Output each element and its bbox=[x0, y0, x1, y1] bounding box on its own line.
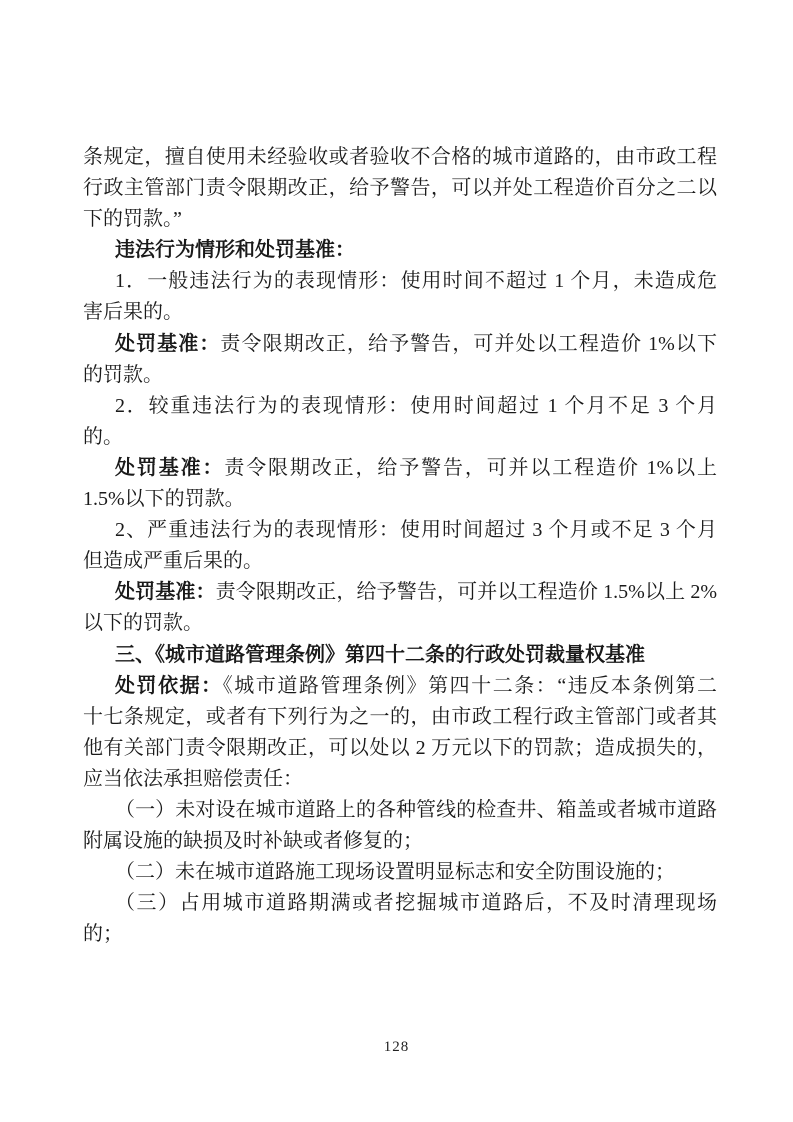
bold-run: 处罚依据： bbox=[115, 675, 223, 697]
text-run: 以下的罚款。 bbox=[83, 612, 203, 634]
text-run: 害后果的。 bbox=[83, 301, 183, 323]
text-line: 三、《城市道路管理条例》第四十二条的行政处罚裁量权基准 bbox=[83, 640, 717, 671]
text-line: 害后果的。 bbox=[83, 297, 717, 328]
text-run: 下的罚款。” bbox=[83, 208, 182, 230]
text-run: 的。 bbox=[83, 426, 123, 448]
text-line: 处罚基准：责令限期改正，给予警告，可并以工程造价 1.5%以上 2% bbox=[83, 577, 717, 608]
text-line: 2、严重违法行为的表现情形：使用时间超过 3 个月或不足 3 个月 bbox=[83, 515, 717, 546]
text-run: 1.5%以下的罚款。 bbox=[83, 488, 245, 510]
text-run: 的； bbox=[83, 923, 123, 945]
text-line: 处罚基准：责令限期改正，给予警告，可并以工程造价 1%以上 bbox=[83, 453, 717, 484]
text-line: 处罚依据：《城市道路管理条例》第四十二条：“违反本条例第二 bbox=[83, 671, 717, 702]
text-run: （二）未在城市道路施工现场设置明显标志和安全防围设施的； bbox=[115, 861, 675, 883]
text-run: 条规定，擅自使用未经验收或者验收不合格的城市道路的，由市政工程 bbox=[83, 146, 717, 168]
text-line: 处罚基准：责令限期改正，给予警告，可并处以工程造价 1%以下 bbox=[83, 329, 717, 360]
text-line: 违法行为情形和处罚基准： bbox=[83, 235, 717, 266]
text-line: 他有关部门责令限期改正，可以处以 2 万元以下的罚款；造成损失的， bbox=[83, 733, 717, 764]
text-line: 条规定，擅自使用未经验收或者验收不合格的城市道路的，由市政工程 bbox=[83, 142, 717, 173]
text-run: 他有关部门责令限期改正，可以处以 2 万元以下的罚款；造成损失的， bbox=[83, 737, 717, 759]
text-line: 2．较重违法行为的表现情形：使用时间超过 1 个月不足 3 个月 bbox=[83, 391, 717, 422]
text-run: 十七条规定，或者有下列行为之一的，由市政工程行政主管部门或者其 bbox=[83, 706, 717, 728]
bold-run: 三、《城市道路管理条例》第四十二条的行政处罚裁量权基准 bbox=[115, 644, 645, 666]
page-number: 128 bbox=[0, 1039, 793, 1056]
text-line: 1.5%以下的罚款。 bbox=[83, 484, 717, 515]
text-run: （一）未对设在城市道路上的各种管线的检查井、箱盖或者城市道路 bbox=[115, 799, 717, 821]
text-line: 应当依法承担赔偿责任： bbox=[83, 764, 717, 795]
text-run: 责令限期改正，给予警告，可并以工程造价 1.5%以上 2% bbox=[216, 581, 717, 603]
text-run: 行政主管部门责令限期改正，给予警告，可以并处工程造价百分之二以 bbox=[83, 177, 717, 199]
text-run: 2、严重违法行为的表现情形：使用时间超过 3 个月或不足 3 个月 bbox=[115, 519, 717, 541]
text-line: 但造成严重后果的。 bbox=[83, 546, 717, 577]
text-run: 应当依法承担赔偿责任： bbox=[83, 768, 303, 790]
text-run: 1．一般违法行为的表现情形：使用时间不超过 1 个月，未造成危 bbox=[115, 270, 717, 292]
text-line: （二）未在城市道路施工现场设置明显标志和安全防围设施的； bbox=[83, 857, 717, 888]
text-line: （一）未对设在城市道路上的各种管线的检查井、箱盖或者城市道路 bbox=[83, 795, 717, 826]
text-line: 以下的罚款。 bbox=[83, 608, 717, 639]
text-run: 的罚款。 bbox=[83, 364, 163, 386]
text-line: 十七条规定，或者有下列行为之一的，由市政工程行政主管部门或者其 bbox=[83, 702, 717, 733]
bold-run: 处罚基准： bbox=[115, 457, 224, 479]
text-line: 的。 bbox=[83, 422, 717, 453]
text-run: 附属设施的缺损及时补缺或者修复的； bbox=[83, 830, 423, 852]
text-run: 责令限期改正，给予警告，可并处以工程造价 1%以下 bbox=[220, 333, 717, 355]
document-body: 条规定，擅自使用未经验收或者验收不合格的城市道路的，由市政工程行政主管部门责令限… bbox=[83, 142, 717, 950]
text-line: 行政主管部门责令限期改正，给予警告，可以并处工程造价百分之二以 bbox=[83, 173, 717, 204]
text-line: 1．一般违法行为的表现情形：使用时间不超过 1 个月，未造成危 bbox=[83, 266, 717, 297]
text-run: 2．较重违法行为的表现情形：使用时间超过 1 个月不足 3 个月 bbox=[115, 395, 717, 417]
text-run: 责令限期改正，给予警告，可并以工程造价 1%以上 bbox=[224, 457, 717, 479]
text-line: 的； bbox=[83, 919, 717, 950]
text-line: 的罚款。 bbox=[83, 360, 717, 391]
text-line: 附属设施的缺损及时补缺或者修复的； bbox=[83, 826, 717, 857]
bold-run: 处罚基准： bbox=[115, 333, 220, 355]
bold-run: 违法行为情形和处罚基准： bbox=[115, 239, 355, 261]
text-line: （三）占用城市道路期满或者挖掘城市道路后，不及时清理现场 bbox=[83, 888, 717, 919]
text-run: 但造成严重后果的。 bbox=[83, 550, 263, 572]
text-line: 下的罚款。” bbox=[83, 204, 717, 235]
document-page: 条规定，擅自使用未经验收或者验收不合格的城市道路的，由市政工程行政主管部门责令限… bbox=[0, 0, 793, 1122]
text-run: 《城市道路管理条例》第四十二条：“违反本条例第二 bbox=[223, 675, 717, 697]
bold-run: 处罚基准： bbox=[115, 581, 216, 603]
text-run: （三）占用城市道路期满或者挖掘城市道路后，不及时清理现场 bbox=[115, 892, 717, 914]
